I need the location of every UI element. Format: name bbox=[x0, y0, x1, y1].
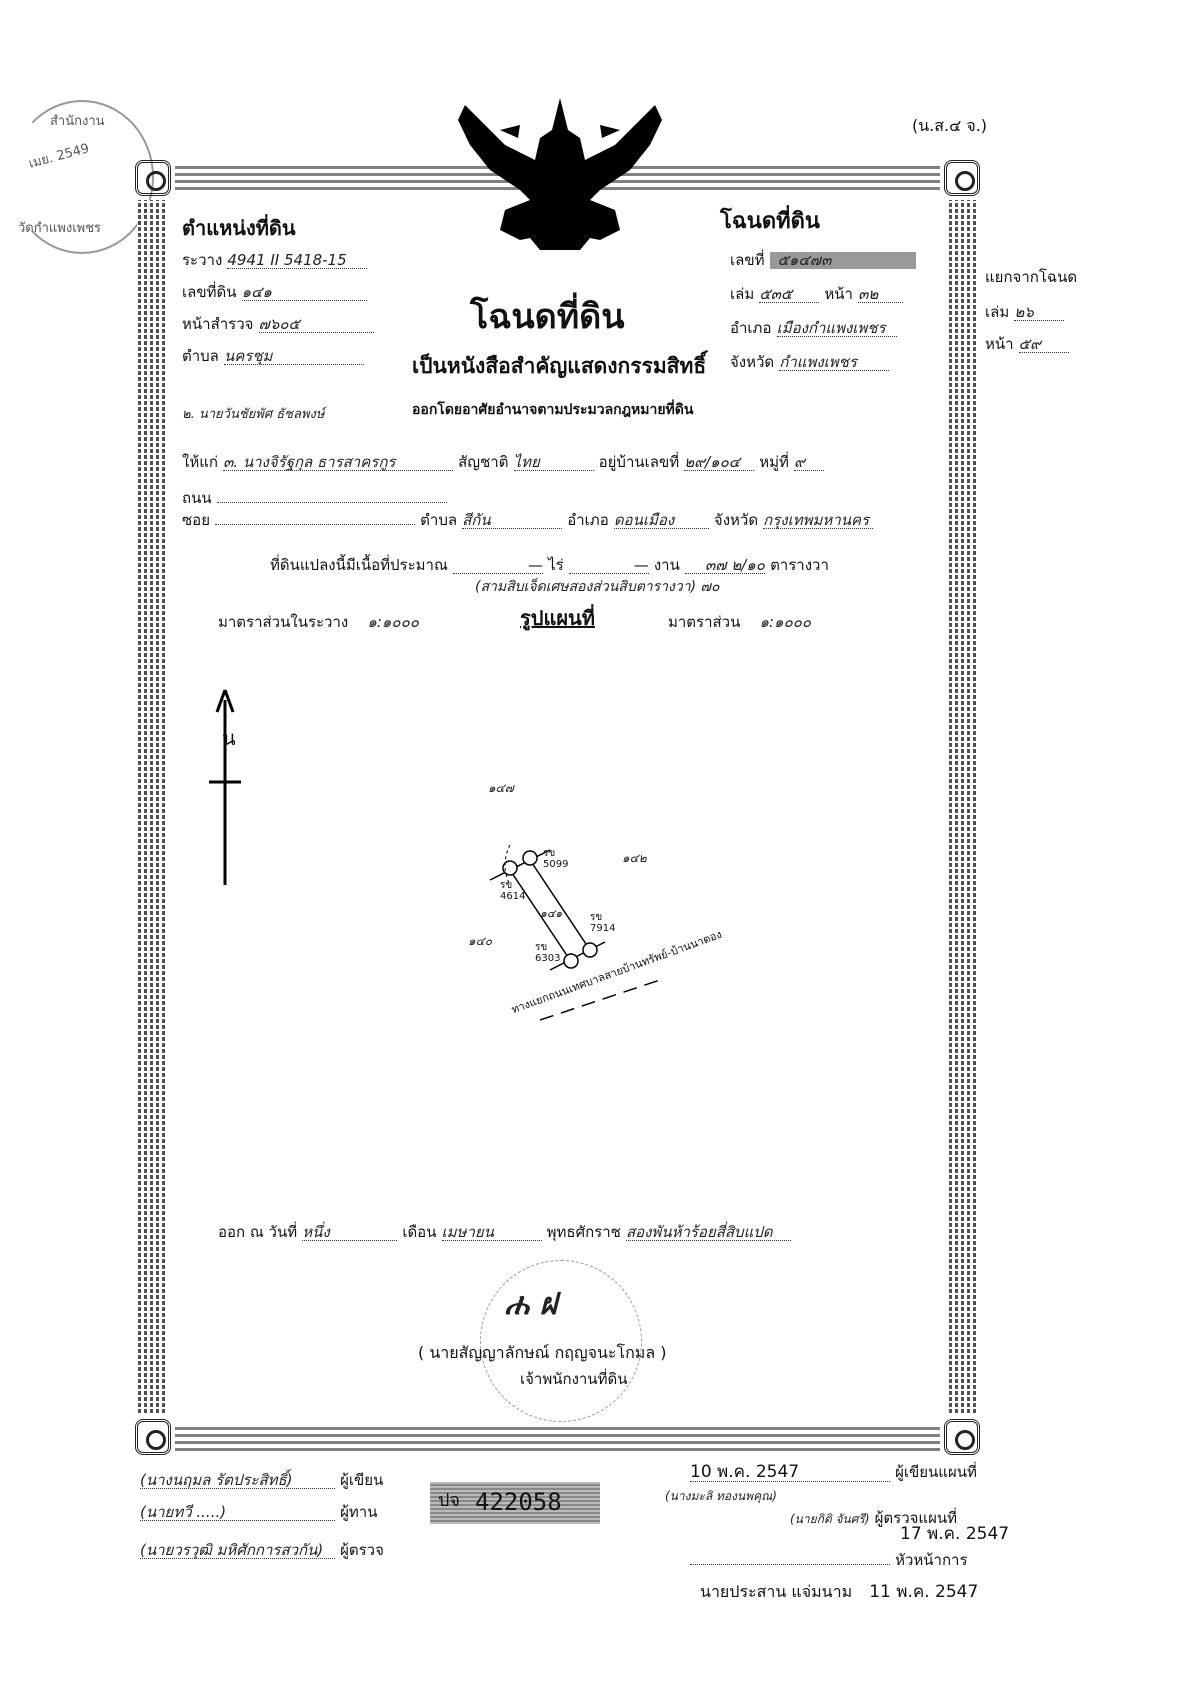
position-field-sheet: ระวาง 4941 II 5418-15 bbox=[182, 250, 367, 269]
officer-signature: ሐ ฝ bbox=[505, 1290, 557, 1320]
corner-ornament-icon bbox=[135, 1419, 171, 1455]
position-field-tambon: ตำบล นครชุม bbox=[182, 346, 364, 365]
deed-field-number: เลขที่ ๕๑๔๗๓ bbox=[730, 250, 916, 269]
signer-checker: (นายวรวุฒิ มหิศักการสวกัน) ผู้ตรวจ bbox=[140, 1540, 384, 1559]
split-from-page: หน้า ๕๙ bbox=[985, 334, 1069, 353]
chief: หัวหน้าการ bbox=[690, 1550, 968, 1569]
document-subtitle: เป็นหนังสือสำคัญแสดงกรรมสิทธิ์ bbox=[412, 355, 706, 376]
map-writer: 10 พ.ค. 2547 ผู้เขียนแผนที่ bbox=[690, 1462, 977, 1482]
document-title: โฉนดที่ดิน bbox=[470, 300, 624, 334]
deed-heading: โฉนดที่ดิน bbox=[720, 210, 820, 232]
north-label: น bbox=[222, 728, 236, 748]
deed-field-amphoe: อำเภอ เมืองกำแพงเพชร bbox=[730, 318, 897, 337]
position-heading: ตำแหน่งที่ดิน bbox=[182, 218, 296, 238]
neighbor-parcel-3: ๑๔๐ bbox=[468, 935, 492, 947]
marker-label-4: รข6303 bbox=[535, 942, 560, 964]
issued-by: ออกโดยอาศัยอำนาจตามประมวลกฎหมายที่ดิน bbox=[412, 403, 693, 417]
deed-field-book-page: เล่ม ๕๓๕ หน้า ๓๒ bbox=[730, 284, 903, 303]
issue-date-line: ออก ณ วันที่ หนึ่ง เดือน เมษายน พุทธศักร… bbox=[218, 1222, 791, 1241]
map-scale: มาตราส่วน ๑:๑๐๐๐ bbox=[668, 612, 811, 631]
officer-title: เจ้าพนักงานที่ดิน bbox=[520, 1372, 627, 1387]
area-in-words: (สามสิบเจ็ดเศษสองส่วนสิบตารางวา) ๗๐ bbox=[475, 580, 720, 594]
position-field-parcel-no: เลขที่ดิน ๑๔๑ bbox=[182, 282, 367, 301]
address-line: ซอย ตำบล สีกัน อำเภอ ดอนเมือง จังหวัด กร… bbox=[182, 510, 873, 529]
serial-prefix: ปจ bbox=[438, 1492, 460, 1510]
corner-ornament-icon bbox=[944, 160, 980, 196]
split-from-book: เล่ม ๒๖ bbox=[985, 302, 1064, 321]
form-code: (น.ส.๔ จ.) bbox=[912, 118, 987, 134]
neighbor-parcel-2: ๑๔๒ bbox=[622, 852, 647, 864]
north-arrow-icon bbox=[205, 690, 245, 890]
stamp-text-1: สำนักงาน bbox=[50, 115, 105, 128]
previous-owner: ๒. นายวันชัยพัศ ธัชลพงษ์ bbox=[182, 408, 324, 421]
marker-label-1: รข5099 bbox=[543, 848, 568, 870]
signer-reviewer: (นายทวี .....) ผู้ทาน bbox=[140, 1502, 377, 1521]
officer-name: ( นายสัญญาลักษณ์ กฤญจนะโกมล ) bbox=[418, 1345, 666, 1361]
deed-field-province: จังหวัด กำแพงเพชร bbox=[730, 352, 889, 371]
corner-ornament-icon bbox=[135, 160, 171, 196]
neighbor-parcel-1: ๑๔๗ bbox=[488, 782, 514, 794]
area-line: ที่ดินแปลงนี้มีเนื้อที่ประมาณ — ไร่ — งา… bbox=[270, 555, 829, 574]
sheet-scale: มาตราส่วนในระวาง ๑:๑๐๐๐ bbox=[218, 612, 419, 631]
chief-name: นายประสาน แจ่มนาม 11 พ.ค. 2547 bbox=[700, 1582, 978, 1601]
stamp-text-3: วัดกำแพงเพชร bbox=[18, 222, 101, 235]
owner-line: ให้แก่ ๓. นางจิรัฐกุล ธารสาครกูร สัญชาติ… bbox=[182, 452, 824, 471]
marker-label-2: รข4614 bbox=[500, 880, 525, 902]
serial-number: 422058 bbox=[475, 1490, 562, 1514]
corner-ornament-icon bbox=[944, 1419, 980, 1455]
map-checker-date: 17 พ.ค. 2547 bbox=[900, 1526, 1009, 1543]
signer-writer: (นางนฤมล รัตประสิทธิ์) ผู้เขียน bbox=[140, 1470, 383, 1489]
parcel-number: ๑๔๑ bbox=[540, 908, 562, 919]
split-from-heading: แยกจากโฉนด bbox=[985, 270, 1077, 285]
marker-label-3: รข7914 bbox=[590, 912, 615, 934]
map-heading: รูปแผนที่ bbox=[520, 608, 595, 628]
road-line: ถนน bbox=[182, 488, 447, 507]
garuda-emblem-icon bbox=[440, 90, 680, 260]
official-seal bbox=[480, 1260, 642, 1422]
position-field-survey-page: หน้าสำรวจ ๗๖๐๕ bbox=[182, 314, 374, 333]
map-writer-name: (นางมะลิ ทองนพคุณ) bbox=[665, 1490, 777, 1502]
